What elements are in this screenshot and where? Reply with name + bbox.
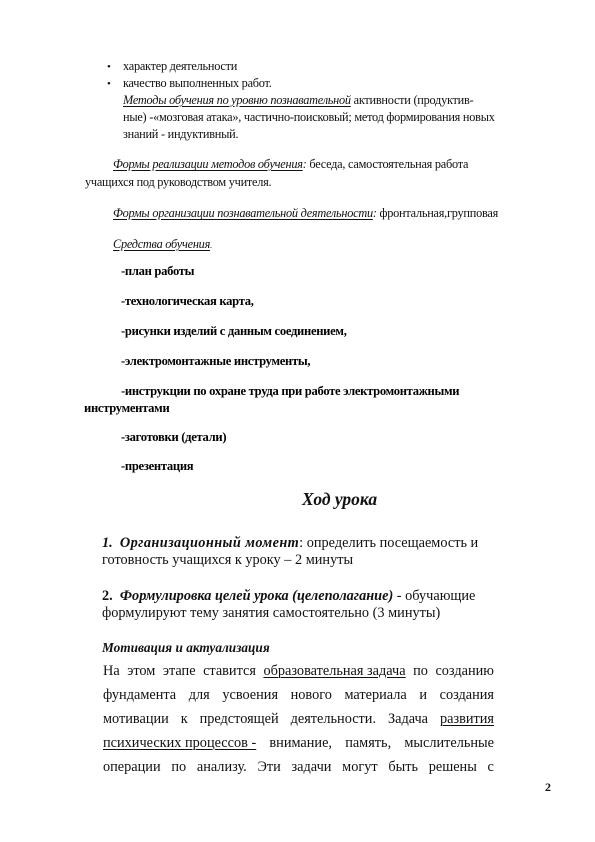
means-item: -рисунки изделий с данным соединением, <box>121 324 347 339</box>
word: ставится <box>203 663 256 680</box>
word: по <box>171 759 186 776</box>
word: мотивации <box>103 711 169 728</box>
motivation-line: операциипоанализу.Этизадачимогутбытьреше… <box>103 759 494 776</box>
motivation-line: фундаментадляусвоенияновогоматериалаисоз… <box>103 687 494 704</box>
means-item: -электромонтажные инструменты, <box>121 354 310 369</box>
bullet-item: качество выполненных работ. <box>123 76 272 91</box>
word: мыслительные <box>404 735 494 752</box>
step-2-line-2: формулируют тему занятия самостоятельно … <box>102 605 440 622</box>
lesson-heading: Ход урока <box>302 489 377 510</box>
motivation-line: психических процессов -внимание,память,м… <box>103 735 494 752</box>
bullet-item: характер деятельности <box>123 59 237 74</box>
means-item: -заготовки (детали) <box>121 430 226 445</box>
word: решены <box>429 759 477 776</box>
step-2-line-1: 2. Формулировка целей урока (целеполаган… <box>102 588 475 605</box>
word: задачи <box>292 759 332 776</box>
word: для <box>189 687 210 704</box>
word: На <box>103 663 120 680</box>
step-1-line-2: готовность учащихся к уроку – 2 минуты <box>102 552 353 569</box>
methods-label: Методы обучения по уровню познавательной <box>123 93 351 107</box>
bullet-icon: • <box>107 61 111 73</box>
means-item: -технологическая карта, <box>121 294 254 309</box>
word: с <box>488 759 494 776</box>
word: внимание, <box>269 735 332 752</box>
motivation-heading: Мотивация и актуализация <box>102 640 270 656</box>
step-1-line-1: 1. Организационный момент: определить по… <box>102 535 478 552</box>
forms-org-line: Формы организации познавательной деятель… <box>113 206 498 221</box>
step-1-title: Организационный момент <box>120 535 299 551</box>
forms-impl-label: Формы реализации методов обучения <box>113 157 303 171</box>
means-item: -план работы <box>121 264 194 279</box>
bullet-icon: • <box>107 78 111 90</box>
word: анализу. <box>197 759 247 776</box>
methods-line-3: знаний - индуктивный. <box>123 127 238 142</box>
underlined-term: развития <box>440 711 494 728</box>
means-item-cont: инструментами <box>84 401 169 416</box>
word: к <box>181 711 188 728</box>
word: быть <box>388 759 418 776</box>
word: фундамента <box>103 687 176 704</box>
methods-line-2: ные) -«мозговая атака», частично-поисков… <box>123 110 495 125</box>
word: операции <box>103 759 161 776</box>
word: нового <box>291 687 332 704</box>
forms-impl-line-2: учащихся под руководством учителя. <box>85 175 271 190</box>
word: и <box>419 687 427 704</box>
means-label: Средства обучения <box>113 237 210 251</box>
forms-org-label: Формы организации познавательной деятель… <box>113 206 373 220</box>
means-item: -инструкции по охране труда при работе э… <box>121 384 459 399</box>
methods-line-1: Методы обучения по уровню познавательной… <box>123 93 473 108</box>
means-heading: Средства обучения. <box>113 237 212 252</box>
word: Эти <box>257 759 280 776</box>
word: предстоящей <box>200 711 279 728</box>
forms-impl-line-1: Формы реализации методов обучения: бесед… <box>113 157 468 172</box>
word: материала <box>344 687 406 704</box>
motivation-line: мотивациикпредстоящейдеятельности.Задача… <box>103 711 494 728</box>
motivation-line: Наэтомэтапеставитсяобразовательная задач… <box>103 663 494 680</box>
word: этапе <box>163 663 196 680</box>
word: память, <box>345 735 391 752</box>
page-number: 2 <box>545 780 551 795</box>
underlined-term: образовательная задача <box>263 663 405 680</box>
means-item: -презентация <box>121 459 193 474</box>
word: созданию <box>435 663 494 680</box>
word: этом <box>127 663 155 680</box>
word: могут <box>342 759 377 776</box>
word: по <box>413 663 428 680</box>
word: деятельности. <box>291 711 376 728</box>
word: Задача <box>388 711 428 728</box>
underlined-term: психических процессов - <box>103 735 256 752</box>
word: усвоения <box>222 687 278 704</box>
word: создания <box>440 687 494 704</box>
step-2-title: Формулировка целей урока (целеполагание) <box>120 588 393 604</box>
